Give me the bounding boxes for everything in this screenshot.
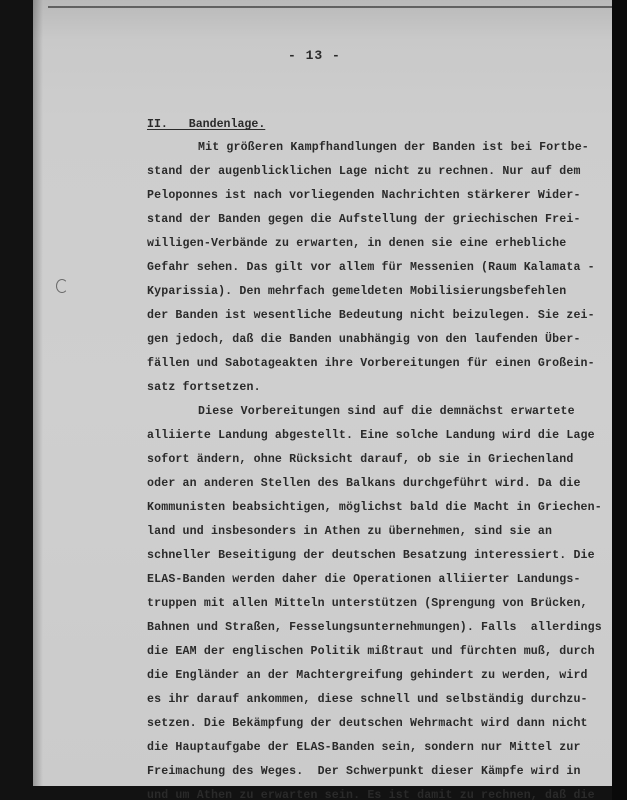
text-line: alliierte Landung abgestellt. Eine solch… xyxy=(147,429,595,442)
text-line: Peloponnes ist nach vorliegenden Nachric… xyxy=(147,189,581,202)
section-heading: II. Bandenlage. xyxy=(147,118,265,131)
text-line: Freimachung des Weges. Der Schwerpunkt d… xyxy=(147,765,581,778)
text-line: der Banden ist wesentliche Bedeutung nic… xyxy=(147,309,595,322)
text-line: stand der Banden gegen die Aufstellung d… xyxy=(147,213,581,226)
text-line: stand der augenblicklichen Lage nicht zu… xyxy=(147,165,581,178)
text-line: und um Athen zu erwarten sein. Es ist da… xyxy=(147,789,595,800)
text-line: willigen-Verbände zu erwarten, in denen … xyxy=(147,237,566,250)
text-line: setzen. Die Bekämpfung der deutschen Weh… xyxy=(147,717,588,730)
text-line: die Hauptaufgabe der ELAS-Banden sein, s… xyxy=(147,741,581,754)
typewritten-text: - 13 - II. Bandenlage. Mit größeren Kamp… xyxy=(0,0,627,800)
text-line: oder an anderen Stellen des Balkans durc… xyxy=(147,477,581,490)
page-number: - 13 - xyxy=(288,48,341,63)
text-line: land und insbesonders in Athen zu überne… xyxy=(147,525,552,538)
text-line: die EAM der englischen Politik mißtraut … xyxy=(147,645,595,658)
text-line: es ihr darauf ankommen, diese schnell un… xyxy=(147,693,588,706)
text-line: sofort ändern, ohne Rücksicht darauf, ob… xyxy=(147,453,573,466)
text-line: Kommunisten beabsichtigen, möglichst bal… xyxy=(147,501,602,514)
text-line: gen jedoch, daß die Banden unabhängig vo… xyxy=(147,333,581,346)
scan-frame: - 13 - II. Bandenlage. Mit größeren Kamp… xyxy=(0,0,627,800)
text-line: schneller Beseitigung der deutschen Besa… xyxy=(147,549,595,562)
text-line: Kyparissia). Den mehrfach gemeldeten Mob… xyxy=(147,285,566,298)
text-line: truppen mit allen Mitteln unterstützen (… xyxy=(147,597,588,610)
text-line: satz fortsetzen. xyxy=(147,381,261,394)
text-line: Diese Vorbereitungen sind auf die demnäc… xyxy=(198,405,575,418)
text-line: Bahnen und Straßen, Fesselungsunternehmu… xyxy=(147,621,602,634)
text-line: Mit größeren Kampfhandlungen der Banden … xyxy=(198,141,589,154)
text-line: die Engländer an der Machtergreifung geh… xyxy=(147,669,588,682)
text-line: ELAS-Banden werden daher die Operationen… xyxy=(147,573,581,586)
text-line: fällen und Sabotageakten ihre Vorbereitu… xyxy=(147,357,595,370)
text-line: Gefahr sehen. Das gilt vor allem für Mes… xyxy=(147,261,595,274)
